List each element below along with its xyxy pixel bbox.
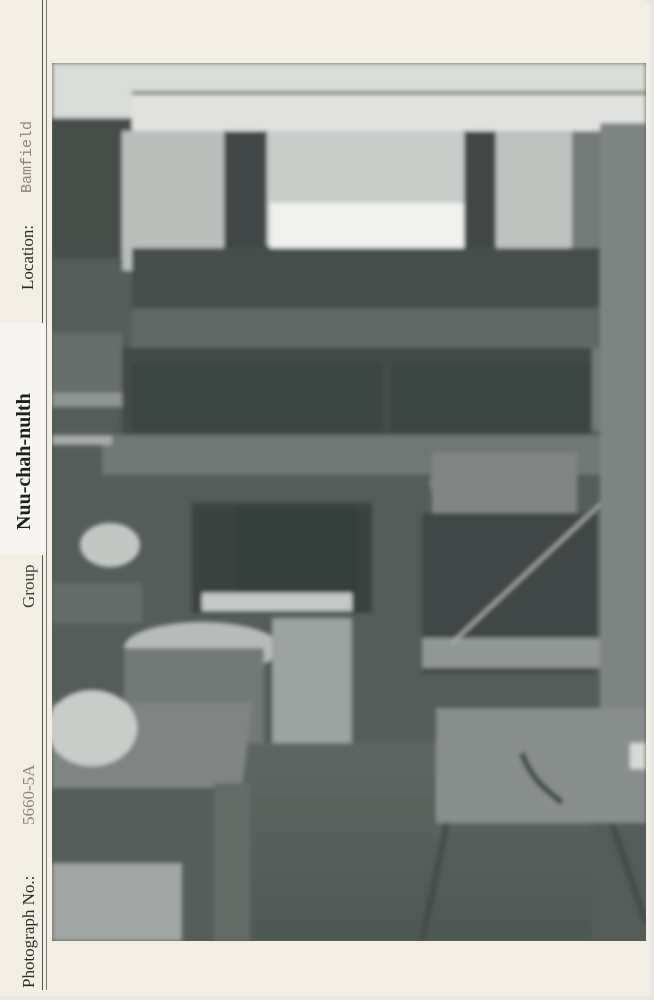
group-label: Group: [19, 565, 39, 608]
group-value: Nuu-chah-nulth: [13, 393, 36, 530]
location-value: Bamfield: [19, 121, 36, 193]
location-label: Location:: [18, 225, 38, 290]
photo-number-value: 5660-5A: [19, 765, 39, 825]
photo-number-label: Photograph No.:: [19, 876, 39, 988]
margin-rule: [46, 0, 47, 990]
archival-photo-card: Location: Bamfield Nuu-chah-nulth Group …: [0, 0, 650, 996]
boat-cabin-photograph: [52, 63, 646, 941]
